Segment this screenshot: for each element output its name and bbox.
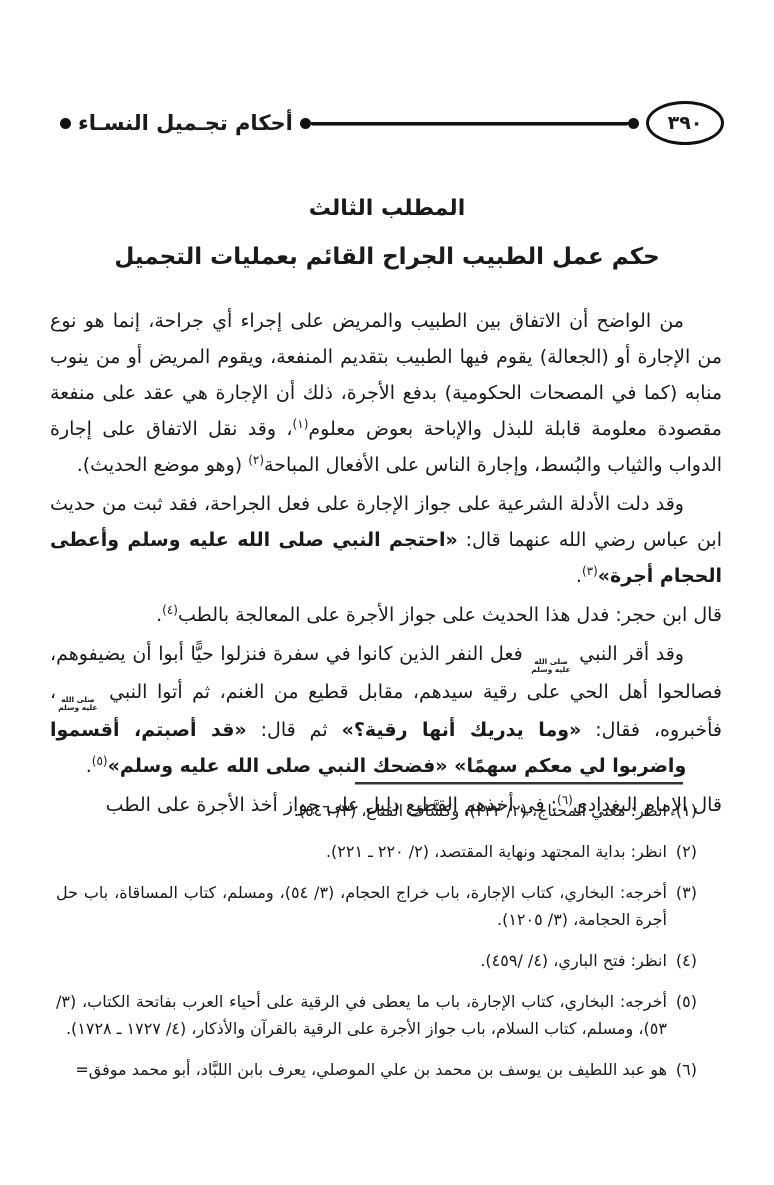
footnote: (٥)أخرجه: البخاري، كتاب الإجارة، باب ما … [56,988,697,1042]
text-run: (وهو موضع الحديث). [77,454,248,476]
paragraph: وقد دلت الأدلة الشرعية على جواز الإجارة … [50,486,722,594]
pbuh-symbol: صلى اللهعليه وسلم [58,696,97,712]
footnote-separator [355,782,683,784]
footnote-ref: (٥) [92,754,108,768]
pbuh-symbol: صلى اللهعليه وسلم [531,658,570,674]
footnote-text: انظر: مغني المحتاج، (٢/ ٢٣٢)، وكشَّاف ال… [56,797,667,824]
footnote: (٣)أخرجه: البخاري، كتاب الإجارة، باب خرا… [56,879,697,933]
footnote-text: هو عبد اللطيف بن يوسف بن محمد بن علي الم… [56,1056,667,1083]
footnote-text: أخرجه: البخاري، كتاب الإجارة، باب خراج ا… [56,879,667,933]
text-run: قال ابن حجر: فدل هذا الحديث على جواز الأ… [178,604,722,626]
bullet-icon [628,118,639,129]
page-number-badge: ٣٩٠ [646,101,724,145]
bullet-icon [60,118,71,129]
footnote-ref: (١) [293,417,309,431]
footnote: (٦)هو عبد اللطيف بن يوسف بن محمد بن علي … [56,1056,697,1083]
paragraph: من الواضح أن الاتفاق بين الطبيب والمريض … [50,303,722,483]
footnote-marker: (٣) [676,879,697,933]
book-page: ٣٩٠ أحكام تجـميل النسـاء المطلب الثالث ح… [0,0,774,1185]
running-book-title: أحكام تجـميل النسـاء [78,111,293,135]
footnote-text: أخرجه: البخاري، كتاب الإجارة، باب ما يعط… [56,988,667,1042]
footnote-ref: (٣) [582,564,598,578]
footnotes-list: (١)انظر: مغني المحتاج، (٢/ ٢٣٢)، وكشَّاف… [56,797,697,1097]
section-subtitle: حكم عمل الطبيب الجراح القائم بعمليات الت… [0,244,774,270]
footnote-marker: (٤) [676,947,697,974]
rule-line [311,122,628,125]
page-header: ٣٩٠ أحكام تجـميل النسـاء [60,102,724,144]
paragraph: وقد أقر النبي صلى اللهعليه وسلم فعل النف… [50,636,722,784]
footnote-marker: (٢) [676,838,697,865]
footnote-marker: (٥) [676,988,697,1042]
bullet-icon [300,118,311,129]
body-text: من الواضح أن الاتفاق بين الطبيب والمريض … [50,303,722,826]
footnote-text: انظر: فتح الباري، (٤/ /٤٥٩). [56,947,667,974]
footnote-text: انظر: بداية المجتهد ونهاية المقتصد، (٢/ … [56,838,667,865]
page-number: ٣٩٠ [668,112,703,134]
paragraph: قال ابن حجر: فدل هذا الحديث على جواز الأ… [50,597,722,633]
hadith-quote: «وما يدريك أنها رقية؟» [342,719,582,741]
text-run: وقد أقر النبي [573,643,684,665]
text-run: ثم قال: [247,719,342,741]
header-rule [300,118,639,129]
footnote-ref: (٢) [248,453,264,467]
section-title: المطلب الثالث [0,196,774,221]
footnote: (١)انظر: مغني المحتاج، (٢/ ٢٣٢)، وكشَّاف… [56,797,697,824]
footnote: (٤)انظر: فتح الباري، (٤/ /٤٥٩). [56,947,697,974]
footnote-marker: (٦) [676,1056,697,1083]
footnote-ref: (٤) [162,603,178,617]
footnote: (٢)انظر: بداية المجتهد ونهاية المقتصد، (… [56,838,697,865]
footnote-marker: (١) [676,797,697,824]
